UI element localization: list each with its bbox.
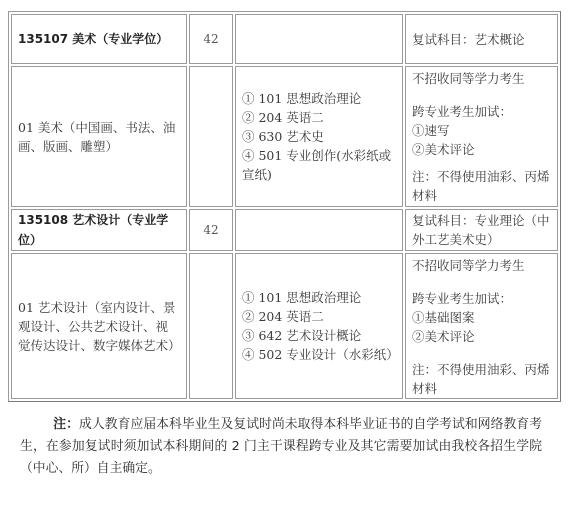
exam-subjects-cell — [235, 209, 403, 251]
footnote-text: 成人教育应届本科毕业生及复试时尚未取得本科毕业证书的自学考试和网络教育考生，在参… — [20, 417, 542, 476]
major-name: 135107 美术（专业学位） — [18, 32, 168, 46]
exam-subject-4: ④ 501 专业创作(水彩纸或宣纸) — [242, 146, 396, 184]
exam-subject-1: ① 101 思想政治理论 — [242, 89, 396, 108]
cross-major-item-2: ②美术评论 — [412, 140, 551, 159]
no-equivalent-note: 不招收同等学力考生 — [412, 69, 551, 88]
table-row-major-135107: 135107 美术（专业学位） 42 复试科目：艺术概论 — [11, 14, 558, 64]
quota-cell: 42 — [189, 14, 233, 64]
cross-major-item-1: ①速写 — [412, 121, 551, 140]
quota-value: 42 — [203, 223, 218, 237]
exam-subject-2: ② 204 英语二 — [242, 108, 396, 127]
quota-cell: 42 — [189, 209, 233, 251]
no-equivalent-note: 不招收同等学力考生 — [412, 256, 551, 275]
material-note: 注：不得使用油彩、丙烯材料 — [412, 167, 551, 205]
remarks-cell: 不招收同等学力考生 跨专业考生加试： ①速写 ②美术评论 注：不得使用油彩、丙烯… — [405, 66, 558, 207]
table-row-major-135108: 135108 艺术设计（专业学位） 42 复试科目：专业理论（中外工艺美术史） — [11, 209, 558, 251]
cross-major-label: 跨专业考生加试： — [412, 289, 551, 308]
material-note: 注：不得使用油彩、丙烯材料 — [412, 360, 551, 398]
exam-subjects-cell — [235, 14, 403, 64]
remarks-cell: 复试科目：专业理论（中外工艺美术史） — [405, 209, 558, 251]
quota-value: 42 — [203, 32, 218, 46]
major-name-cell: 135108 艺术设计（专业学位） — [11, 209, 187, 251]
footnote: 注：成人教育应届本科毕业生及复试时尚未取得本科毕业证书的自学考试和网络教育考生，… — [20, 414, 542, 480]
table-row-direction-meishu: 01 美术（中国画、书法、油画、版画、雕塑） ① 101 思想政治理论 ② 20… — [11, 66, 558, 207]
exam-subject-1: ① 101 思想政治理论 — [242, 288, 396, 307]
retest-subject: 复试科目：专业理论（中外工艺美术史） — [412, 211, 551, 249]
major-name: 135108 艺术设计（专业学位） — [18, 213, 168, 247]
retest-subject: 复试科目：艺术概论 — [412, 30, 551, 49]
exam-subject-4: ④ 502 专业设计（水彩纸） — [242, 345, 396, 364]
cross-major-item-1: ①基础图案 — [412, 308, 551, 327]
footnote-label: 注： — [53, 417, 79, 432]
remarks-cell: 不招收同等学力考生 跨专业考生加试： ①基础图案 ②美术评论 注：不得使用油彩、… — [405, 253, 558, 399]
quota-cell — [189, 66, 233, 207]
cross-major-item-2: ②美术评论 — [412, 327, 551, 346]
admissions-table: 135107 美术（专业学位） 42 复试科目：艺术概论 01 美术（中国画、书… — [8, 11, 561, 402]
table-row-direction-yishusheji: 01 艺术设计（室内设计、景观设计、公共艺术设计、视觉传达设计、数字媒体艺术） … — [11, 253, 558, 399]
remarks-cell: 复试科目：艺术概论 — [405, 14, 558, 64]
major-name-cell: 135107 美术（专业学位） — [11, 14, 187, 64]
direction-name: 01 美术（中国画、书法、油画、版画、雕塑） — [18, 118, 180, 156]
direction-name-cell: 01 美术（中国画、书法、油画、版画、雕塑） — [11, 66, 187, 207]
direction-name-cell: 01 艺术设计（室内设计、景观设计、公共艺术设计、视觉传达设计、数字媒体艺术） — [11, 253, 187, 399]
direction-name: 01 艺术设计（室内设计、景观设计、公共艺术设计、视觉传达设计、数字媒体艺术） — [18, 298, 180, 355]
exam-subjects-cell: ① 101 思想政治理论 ② 204 英语二 ③ 630 艺术史 ④ 501 专… — [235, 66, 403, 207]
exam-subject-3: ③ 630 艺术史 — [242, 127, 396, 146]
cross-major-label: 跨专业考生加试： — [412, 102, 551, 121]
exam-subject-2: ② 204 英语二 — [242, 307, 396, 326]
exam-subjects-cell: ① 101 思想政治理论 ② 204 英语二 ③ 642 艺术设计概论 ④ 50… — [235, 253, 403, 399]
exam-subject-3: ③ 642 艺术设计概论 — [242, 326, 396, 345]
quota-cell — [189, 253, 233, 399]
